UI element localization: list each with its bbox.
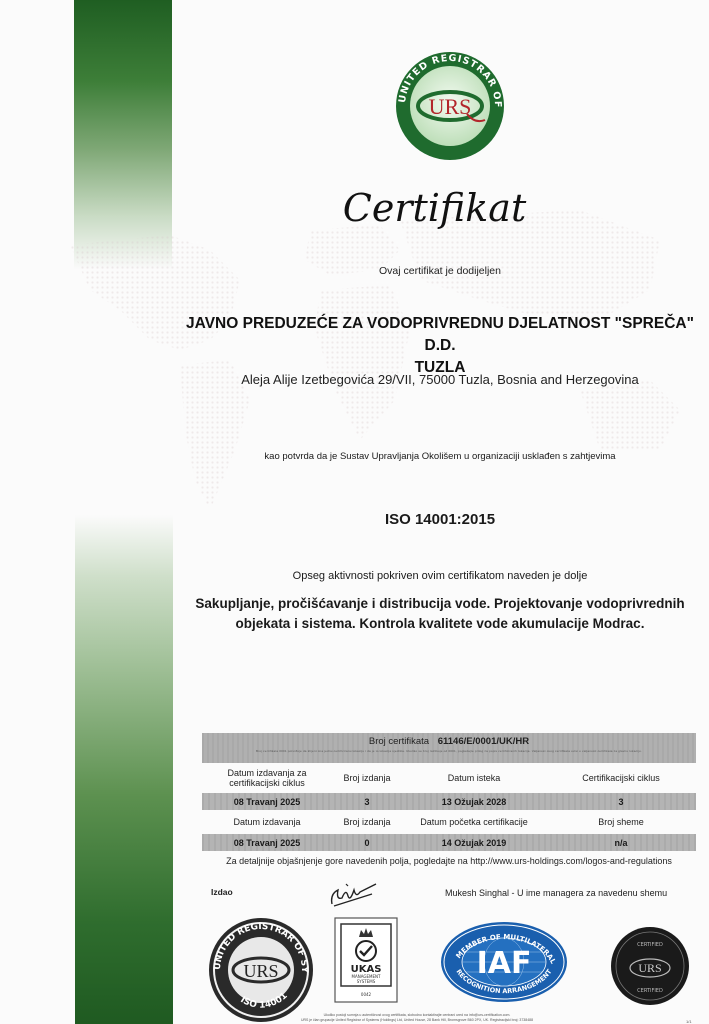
header-scheme-number: Broj sheme xyxy=(546,817,696,827)
explanation-note: Za detaljnije objašnjenje gore navedenih… xyxy=(202,856,696,866)
value-issue-date: 08 Travanj 2025 xyxy=(202,838,332,848)
certificate-fine-print: Broj certifikata 0001 potvrđuje da klije… xyxy=(202,747,696,753)
certificate-number-label: Broj certifikata xyxy=(369,736,429,747)
header-issue-number-2: Broj izdanja xyxy=(332,817,402,827)
organization-name: JAVNO PREDUZEĆE ZA VODOPRIVREDNU DJELATN… xyxy=(180,313,700,379)
svg-text:CERTIFIED: CERTIFIED xyxy=(637,988,663,994)
certificate-number-banner: Broj certifikata 61146/E/0001/UK/HR Broj… xyxy=(202,733,696,763)
value-scheme-number: n/a xyxy=(546,838,696,848)
certificate-title: Certifikat xyxy=(0,186,709,230)
footer-text: Ukoliko postoji sumnja u autentičnost ov… xyxy=(202,1013,632,1023)
issued-by-label: Izdao xyxy=(211,887,233,897)
svg-text:URS: URS xyxy=(638,961,661,975)
signer-name: Mukesh Singhal - U ime managera za naved… xyxy=(445,888,667,898)
iaf-mla-badge-icon: IAF MEMBER OF MULTILATERAL RECOGNITION A… xyxy=(440,921,568,1003)
value-issue-date-cycle: 08 Travanj 2025 xyxy=(202,797,332,807)
value-expiry-date: 13 Ožujak 2028 xyxy=(402,797,546,807)
svg-text:URS: URS xyxy=(243,961,278,981)
header-issue-number: Broj izdanja xyxy=(332,773,402,783)
svg-text:0042: 0042 xyxy=(361,992,372,997)
header-cert-cycle: Certifikacijski ciklus xyxy=(546,773,696,783)
urs-iso14001-badge-icon: UNITED REGISTRAR OF SYSTEMS ISO 14001 UR… xyxy=(206,916,316,1024)
intro-text: Ovaj certifikat je dodijeljen xyxy=(180,265,700,277)
svg-text:URS: URS xyxy=(429,94,472,119)
table-value-row-2: 08 Travanj 2025 0 14 Ožujak 2019 n/a xyxy=(202,834,696,851)
header-cert-start-date: Datum početka certifikacije xyxy=(402,817,546,827)
confirmation-text: kao potvrda da je Sustav Upravljanja Oko… xyxy=(180,451,700,462)
scope-line2: objekata i sistema. Kontrola kvalitete v… xyxy=(180,614,700,634)
footer-line2: URS je član grupacije United Registrar o… xyxy=(202,1018,632,1023)
signature-icon xyxy=(326,876,382,910)
table-header-row-2: Datum izdavanja Broj izdanja Datum počet… xyxy=(202,810,696,834)
urs-certified-seal-icon: CERTIFIED CERTIFIED URS xyxy=(610,926,690,1006)
value-cert-start-date: 14 Ožujak 2019 xyxy=(402,838,546,848)
organization-name-line1: JAVNO PREDUZEĆE ZA VODOPRIVREDNU DJELATN… xyxy=(180,313,700,357)
value-issue-number: 3 xyxy=(332,797,402,807)
scope-text: Sakupljanje, pročišćavanje i distribucij… xyxy=(180,594,700,634)
standard-name: ISO 14001:2015 xyxy=(180,511,700,528)
svg-text:IAF: IAF xyxy=(477,946,532,981)
svg-text:SYSTEMS: SYSTEMS xyxy=(357,979,376,984)
scope-intro: Opseg aktivnosti pokriven ovim certifika… xyxy=(180,570,700,582)
header-issue-date-cycle: Datum izdavanja za certifikacijski ciklu… xyxy=(202,768,332,788)
certificate-number: 61146/E/0001/UK/HR xyxy=(438,736,529,747)
header-expiry-date: Datum isteka xyxy=(402,773,546,783)
table-header-row-1: Datum izdavanja za certifikacijski ciklu… xyxy=(202,763,696,793)
svg-text:CERTIFIED: CERTIFIED xyxy=(637,942,663,948)
urs-logo-icon: UNITED REGISTRAR OF SYSTEMS URS xyxy=(389,50,511,162)
page-number: 1/1 xyxy=(686,1019,692,1024)
value-issue-number-2: 0 xyxy=(332,838,402,848)
ukas-badge-icon: UKAS MANAGEMENT SYSTEMS 0042 xyxy=(334,917,398,1003)
certificate-details-table: Broj certifikata 61146/E/0001/UK/HR Broj… xyxy=(202,733,696,851)
header-issue-date: Datum izdavanja xyxy=(202,817,332,827)
table-value-row-1: 08 Travanj 2025 3 13 Ožujak 2028 3 xyxy=(202,793,696,810)
value-cert-cycle: 3 xyxy=(546,797,696,807)
green-decorative-bar-bottom xyxy=(75,515,173,1024)
scope-line1: Sakupljanje, pročišćavanje i distribucij… xyxy=(180,594,700,614)
organization-address: Aleja Alije Izetbegovića 29/VII, 75000 T… xyxy=(180,372,700,387)
